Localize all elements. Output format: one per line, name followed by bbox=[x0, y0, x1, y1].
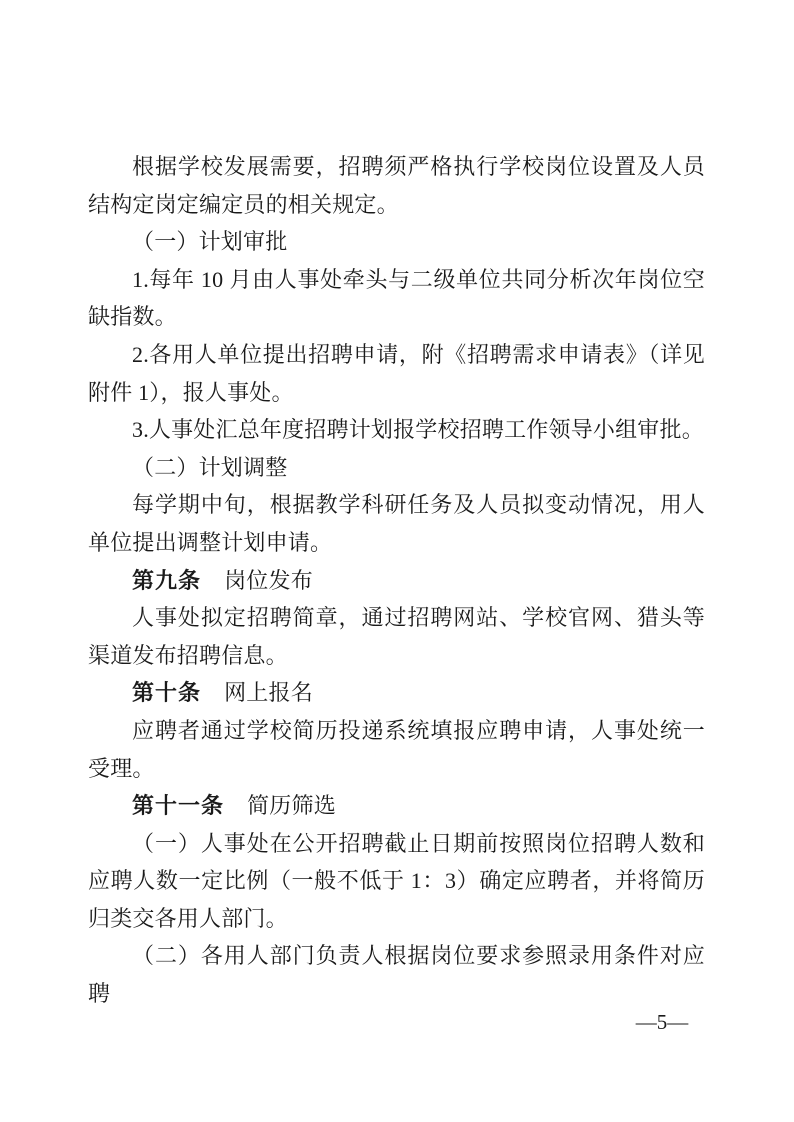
paragraph: （一）人事处在公开招聘截止日期前按照岗位招聘人数和应聘人数一定比例（一般不低于 … bbox=[88, 825, 705, 938]
paragraph: 2.各用人单位提出招聘申请，附《招聘需求申请表》（详见附件 1），报人事处。 bbox=[88, 336, 705, 411]
paragraph: （二）各用人部门负责人根据岗位要求参照录用条件对应聘 bbox=[88, 937, 705, 1012]
article-heading: 第十条网上报名 bbox=[88, 674, 705, 712]
page-number: —5— bbox=[630, 1008, 694, 1036]
document-page: 根据学校发展需要，招聘须严格执行学校岗位设置及人员结构定岗定编定员的相关规定。（… bbox=[0, 0, 794, 1122]
article-number: 第十条 bbox=[132, 680, 201, 705]
article-title: 简历筛选 bbox=[247, 793, 336, 818]
paragraph: 根据学校发展需要，招聘须严格执行学校岗位设置及人员结构定岗定编定员的相关规定。 bbox=[88, 148, 705, 223]
paragraph: 3.人事处汇总年度招聘计划报学校招聘工作领导小组审批。 bbox=[88, 411, 705, 449]
article-number: 第九条 bbox=[132, 568, 201, 593]
paragraph: 每学期中旬，根据教学科研任务及人员拟变动情况，用人单位提出调整计划申请。 bbox=[88, 486, 705, 561]
article-heading: 第九条岗位发布 bbox=[88, 562, 705, 600]
article-title: 网上报名 bbox=[224, 680, 313, 705]
paragraph: （二）计划调整 bbox=[88, 449, 705, 487]
article-number: 第十一条 bbox=[132, 793, 224, 818]
paragraph: 人事处拟定招聘简章，通过招聘网站、学校官网、猎头等渠道发布招聘信息。 bbox=[88, 599, 705, 674]
article-title: 岗位发布 bbox=[224, 568, 313, 593]
paragraph: 1.每年 10 月由人事处牵头与二级单位共同分析次年岗位空缺指数。 bbox=[88, 261, 705, 336]
paragraph: 应聘者通过学校简历投递系统填报应聘申请，人事处统一受理。 bbox=[88, 712, 705, 787]
paragraph: （一）计划审批 bbox=[88, 223, 705, 261]
document-body: 根据学校发展需要，招聘须严格执行学校岗位设置及人员结构定岗定编定员的相关规定。（… bbox=[88, 148, 705, 1013]
article-heading: 第十一条简历筛选 bbox=[88, 787, 705, 825]
